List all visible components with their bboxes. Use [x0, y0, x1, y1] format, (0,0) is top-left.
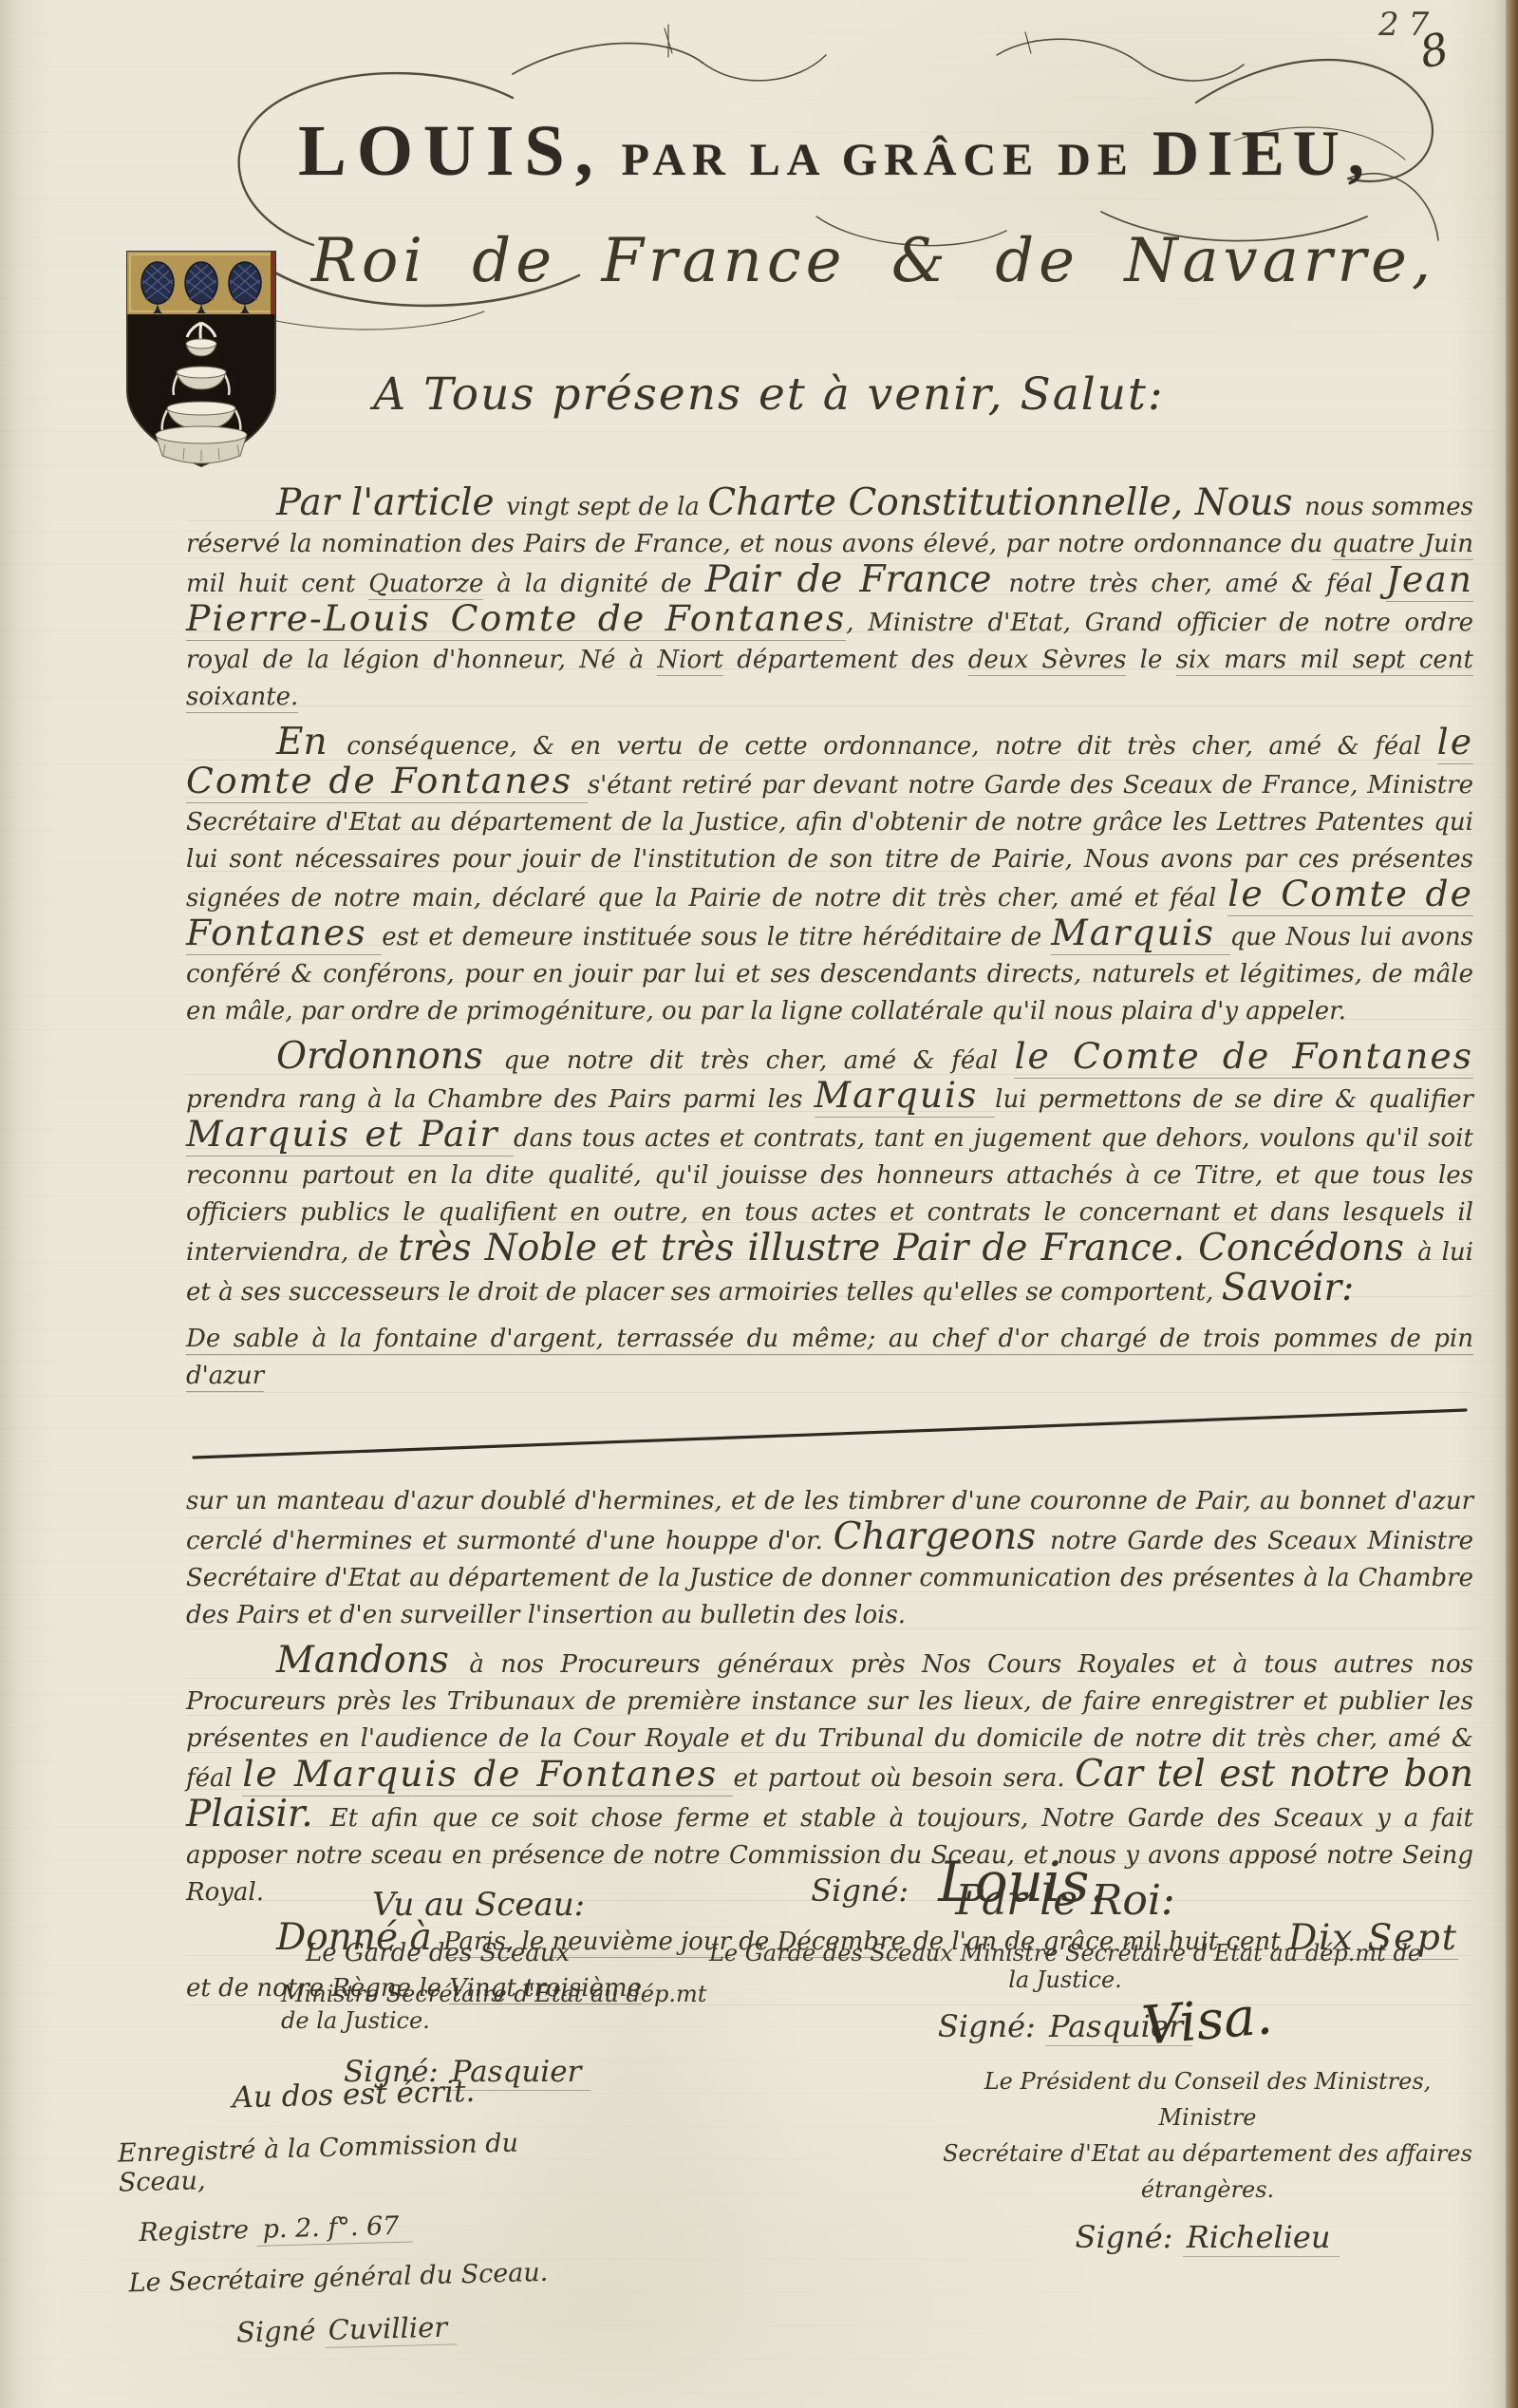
- document-body-top: Par l'article vingt sept de la Charte Co…: [186, 486, 1473, 1395]
- garde-des-sceaux-line: Le Garde des Sceaux: [306, 1939, 727, 1967]
- visa-block: Visa. Le Président du Conseil des Minist…: [942, 1990, 1473, 2255]
- separator-rule: [186, 1404, 1473, 1470]
- title-middle: PAR LA GRÂCE DE: [604, 135, 1153, 185]
- royal-title: LOUIS, PAR LA GRÂCE DE DIEU,: [190, 110, 1481, 193]
- president-conseil-line: Le Président du Conseil des Ministres, M…: [942, 2063, 1473, 2135]
- registration-block: Au dos est écrit. Enregistré à la Commis…: [108, 2071, 609, 2373]
- ministre-line: Ministre Secrétaire d'Etat au dép.mt de …: [281, 1981, 727, 2034]
- registre-folio-value: p. 2. f°. 67: [256, 2211, 413, 2247]
- registre-line: Registre p. 2. f°. 67: [139, 2206, 607, 2248]
- cuvillier-signature: Signé Cuvillier: [236, 2306, 609, 2348]
- body-paragraph: sur un manteau d'azur doublé d'hermines,…: [186, 1483, 1473, 1634]
- salutation-line: A Tous présens et à venir, Salut:: [218, 368, 1320, 421]
- richelieu-signature: Signé: Richelieu: [942, 2219, 1473, 2255]
- par-le-roi-title: Par le Roi:: [704, 1876, 1426, 1925]
- title-dieu: DIEU,: [1153, 117, 1373, 189]
- body-paragraph: Ordonnons que notre dit très cher, amé &…: [186, 1040, 1473, 1311]
- body-paragraph: En conséquence, & en vertu de cette ordo…: [186, 725, 1473, 1030]
- title-louis: LOUIS,: [298, 111, 604, 191]
- binding-edge: [1506, 0, 1518, 2408]
- garde-des-sceaux-full-line: Le Garde des Sceaux Ministre Secrétaire …: [704, 1940, 1426, 1993]
- affaires-etrangeres-line: Secrétaire d'Etat au département des aff…: [942, 2135, 1473, 2208]
- royal-subtitle: Roi de France & de Navarre,: [228, 226, 1518, 296]
- vu-au-sceau-title: Vu au Sceau:: [372, 1886, 727, 1924]
- secretaire-general-line: Le Secrétaire général du Sceau.: [128, 2256, 608, 2298]
- seal-attestation-block: Vu au Sceau: Le Garde des Sceaux Ministr…: [281, 1886, 727, 2089]
- manuscript-page: 27 8 LOUIS, PAR LA GRÂCE DE DIEU, Roi de…: [0, 0, 1518, 2408]
- body-paragraph: De sable à la fontaine d'argent, terrass…: [186, 1321, 1473, 1395]
- corner-paraph-mark: 8: [1415, 23, 1453, 79]
- enregistre-line: Enregistré à la Commission du Sceau,: [118, 2126, 605, 2197]
- document-body: Par l'article vingt sept de la Charte Co…: [186, 486, 1473, 2017]
- body-paragraph: Par l'article vingt sept de la Charte Co…: [186, 486, 1473, 716]
- coat-of-arms: [121, 249, 282, 469]
- visa-title: Visa.: [1140, 1985, 1275, 2058]
